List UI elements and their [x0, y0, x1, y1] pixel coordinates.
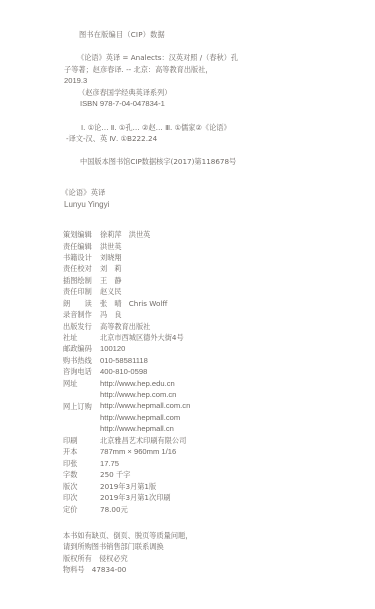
colophon-value: 787mm × 960mm 1/16 [100, 448, 176, 456]
website-link[interactable]: http://www.hep.com.cn [100, 391, 176, 399]
book-pinyin-title: Lunyu Yingyi [64, 201, 109, 209]
colophon-row: 网上订购http://www.hepmall.com.cn [63, 401, 190, 412]
colophon-label: 印刷 [63, 437, 100, 444]
colophon-label: 朗 读 [63, 300, 100, 307]
copyright-notice: 版权所有 侵权必究 [63, 553, 192, 564]
cip-record-line-3: 2019.3 [64, 77, 87, 85]
website-link[interactable]: http://www.hep.edu.cn [100, 380, 175, 388]
colophon-row: 出版发行高等教育出版社 [63, 321, 190, 332]
colophon-label: 责任印制 [63, 288, 100, 295]
colophon-value: 北京雅昌艺术印刷有限公司 [100, 437, 186, 444]
colophon-value: 冯 良 [100, 311, 122, 318]
quality-notice-line-1: 本书如有缺页、倒页、脱页等质量问题， [63, 530, 192, 541]
colophon-value: 高等教育出版社 [100, 323, 150, 330]
colophon-row: http://www.hepmall.cn [63, 423, 190, 434]
colophon-row: 咨询电话400-810-0598 [63, 366, 190, 377]
colophon-row: 责任印制赵义民 [63, 286, 190, 297]
cip-classification-line-2: -译文-汉、英 Ⅳ. ①B222.24 [66, 135, 157, 142]
colophon-row: 责任校对刘 莉 [63, 263, 190, 274]
colophon-row: 印张17.75 [63, 458, 190, 469]
colophon-label: 书籍设计 [63, 254, 100, 261]
colophon-value: 100120 [100, 345, 125, 353]
colophon-value: 王 静 [100, 277, 122, 284]
cip-classification-line-1: Ⅰ. ①论… Ⅱ. ①孔… ②赵… Ⅲ. ①儒家②《论语》 [81, 124, 231, 131]
colophon-value: 洪世英 [100, 243, 122, 250]
colophon-value: 赵义民 [100, 288, 122, 295]
colophon-label: 开本 [63, 448, 100, 455]
colophon-label: 邮政编码 [63, 345, 100, 352]
colophon-row: 印次2019年3月第1次印刷 [63, 492, 190, 503]
colophon-label: 印张 [63, 460, 100, 467]
colophon-table: 策划编辑徐莉萍 洪世英 责任编辑洪世英 书籍设计刘晓翔 责任校对刘 莉 插图绘制… [63, 229, 190, 515]
colophon-label: 字数 [63, 471, 100, 478]
colophon-label: 录音制作 [63, 311, 100, 318]
colophon-value: 北京市西城区德外大街4号 [100, 334, 184, 341]
cip-isbn: ISBN 978-7-04-047834-1 [80, 100, 165, 108]
colophon-label: 责任编辑 [63, 243, 100, 250]
colophon-row: 定价78.00元 [63, 504, 190, 515]
colophon-label: 网址 [63, 380, 100, 387]
cip-series: （赵彦春国学经典英译系列） [78, 89, 171, 96]
colophon-row: http://www.hepmall.com [63, 412, 190, 423]
cip-number: 中国版本图书馆CIP数据核字(2017)第118678号 [80, 158, 236, 165]
colophon-label: 印次 [63, 494, 100, 501]
colophon-value: 250 千字 [100, 471, 130, 478]
colophon-row: 责任编辑洪世英 [63, 240, 190, 251]
colophon-row: 开本787mm × 960mm 1/16 [63, 446, 190, 457]
colophon-label: 咨询电话 [63, 368, 100, 375]
colophon-value: 徐莉萍 洪世英 [100, 231, 150, 238]
cip-record-line-2: 子等著；赵彦春译. -- 北京：高等教育出版社， [64, 66, 213, 73]
cip-record-line-1: 《论语》英译 = Analects：汉英对照 /（春秋）孔 [77, 54, 238, 61]
colophon-row: 书籍设计刘晓翔 [63, 252, 190, 263]
colophon-value: 17.75 [100, 460, 119, 468]
colophon-row: 邮政编码100120 [63, 343, 190, 354]
colophon-label: 责任校对 [63, 265, 100, 272]
online-store-link[interactable]: http://www.hepmall.com [100, 414, 180, 422]
price-value: 78.00元 [100, 506, 128, 513]
cip-heading: 图书在版编目（CIP）数据 [79, 31, 165, 38]
colophon-row: 社址北京市西城区德外大街4号 [63, 332, 190, 343]
colophon-value: 刘 莉 [100, 265, 122, 272]
item-number: 物料号 47834-00 [63, 564, 192, 575]
colophon-row: 朗 读张 晴 Chris Wolff [63, 298, 190, 309]
colophon-row: 插图绘制王 静 [63, 275, 190, 286]
colophon-row: http://www.hep.com.cn [63, 389, 190, 400]
colophon-label: 定价 [63, 506, 100, 513]
colophon-value: 400-810-0598 [100, 368, 147, 376]
colophon-row: 网址http://www.hep.edu.cn [63, 378, 190, 389]
colophon-value: 张 晴 Chris Wolff [100, 300, 167, 307]
online-store-link[interactable]: http://www.hepmall.cn [100, 425, 174, 433]
colophon-row: 字数250 千字 [63, 469, 190, 480]
online-store-link[interactable]: http://www.hepmall.com.cn [100, 402, 190, 410]
book-title: 《论语》英译 [61, 189, 105, 196]
colophon-label: 版次 [63, 483, 100, 490]
colophon-value: 2019年3月第1次印刷 [100, 494, 171, 501]
colophon-row: 策划编辑徐莉萍 洪世英 [63, 229, 190, 240]
colophon-label: 购书热线 [63, 357, 100, 364]
colophon-label: 插图绘制 [63, 277, 100, 284]
colophon-row: 版次2019年3月第1版 [63, 481, 190, 492]
footer-notice: 本书如有缺页、倒页、脱页等质量问题， 请到所购图书销售部门联系调换 版权所有 侵… [63, 530, 192, 576]
colophon-label: 网上订购 [63, 403, 100, 410]
colophon-label: 出版发行 [63, 323, 100, 330]
colophon-label: 社址 [63, 334, 100, 341]
colophon-value: 刘晓翔 [100, 254, 122, 261]
colophon-value: 010-58581118 [100, 357, 148, 365]
quality-notice-line-2: 请到所购图书销售部门联系调换 [63, 541, 192, 552]
colophon-row: 印刷北京雅昌艺术印刷有限公司 [63, 435, 190, 446]
colophon-label: 策划编辑 [63, 231, 100, 238]
colophon-row: 录音制作冯 良 [63, 309, 190, 320]
colophon-value: 2019年3月第1版 [100, 483, 156, 490]
colophon-row: 购书热线010-58581118 [63, 355, 190, 366]
